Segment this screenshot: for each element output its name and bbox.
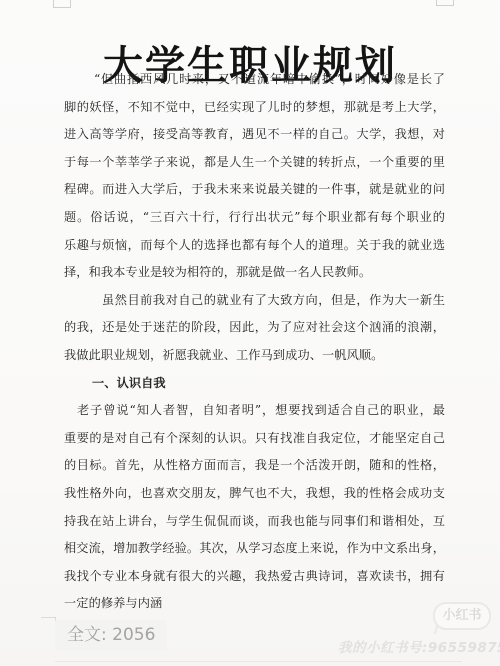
text-line-18: 相交流，增加教学经验。其次，从学习态度上来说，作为中文系出身， xyxy=(64,535,445,563)
text-line-11: 我做此职业规划，祈愿我就业、工作马到成功、一帆风顺。 xyxy=(64,342,445,370)
page-corner-mark-bottom-left xyxy=(41,617,56,627)
text-line-6: 题。俗话说，“三百六十行，行行出状元”每个职业都有每个职业的 xyxy=(64,204,445,232)
xiaohongshu-watermark-badge: 小红书 xyxy=(433,602,491,630)
watermark-id-text: 我的小红书号:965598753 xyxy=(338,636,498,656)
text-line-10: 的我，还是处于迷茫的阶段，因此，为了应对社会这个汹涌的浪潮， xyxy=(64,314,445,342)
text-line-9: 虽然目前我对自己的就业有了大致方向，但是，作为大一新生 xyxy=(64,287,445,315)
text-line-16: 我性格外向，也喜欢交朋友，脾气也不大，我想，我的性格会成功支 xyxy=(64,480,445,508)
text-line-1: “但曲指西风几时来，又不道流年暗中偷换”，时间好像是长了 xyxy=(64,66,445,94)
text-line-2: 脚的妖怪，不知不觉中，已经实现了儿时的梦想，那就是考上大学， xyxy=(64,94,445,122)
document-photo: 大学生职业规划 “但曲指西风几时来，又不道流年暗中偷换”，时间好像是长了脚的妖怪… xyxy=(0,0,500,666)
text-line-4: 于每一个莘莘学子来说，都是人生一个关键的转折点，一个重要的里 xyxy=(64,149,445,177)
document-body: “但曲指西风几时来，又不道流年暗中偷换”，时间好像是长了脚的妖怪，不知不觉中，已… xyxy=(64,66,445,618)
page-corner-mark-top-left xyxy=(53,0,71,8)
text-line-3: 进入高等学府，接受高等教育，遇见不一样的自己。大学，我想，对 xyxy=(64,121,445,149)
text-line-8: 择，和我本专业是较为相符的，那就是做一名人民教师。 xyxy=(64,259,445,287)
text-line-14: 重要的是对自己有个深刻的认识。只有找准自我定位，才能坚定自己 xyxy=(64,425,445,453)
text-line-5: 程碑。而进入大学后，于我未来来说最关键的一件事，就是就业的问 xyxy=(64,176,445,204)
text-line-20: 一定的修养与内涵 xyxy=(64,590,445,618)
text-line-17: 持我在站上讲台，与学生侃侃而谈，而我也能与同事们和谐相处，互 xyxy=(64,508,445,536)
watermark-badge-tail-icon xyxy=(434,626,438,634)
text-line-7: 乐趣与烦恼，而每个人的选择也都有每个人的道理。关于我的就业选 xyxy=(64,232,445,260)
text-line-15: 的目标。首先，从性格方面而言，我是一个活泼开朗，随和的性格， xyxy=(64,452,445,480)
page-bottom-edge-line xyxy=(55,661,462,662)
text-line-13: 老子曾说“知人者智，自知者明”，想要找到适合自己的职业，最 xyxy=(64,397,445,425)
text-line-12: 一、认识自我 xyxy=(64,370,445,398)
text-line-19: 我找个专业本身就有很大的兴趣，我热爱古典诗词，喜欢读书，拥有 xyxy=(64,563,445,591)
word-count-chip[interactable]: 全文: 2056 xyxy=(55,620,167,651)
page-corner-mark-top-right xyxy=(436,0,454,6)
